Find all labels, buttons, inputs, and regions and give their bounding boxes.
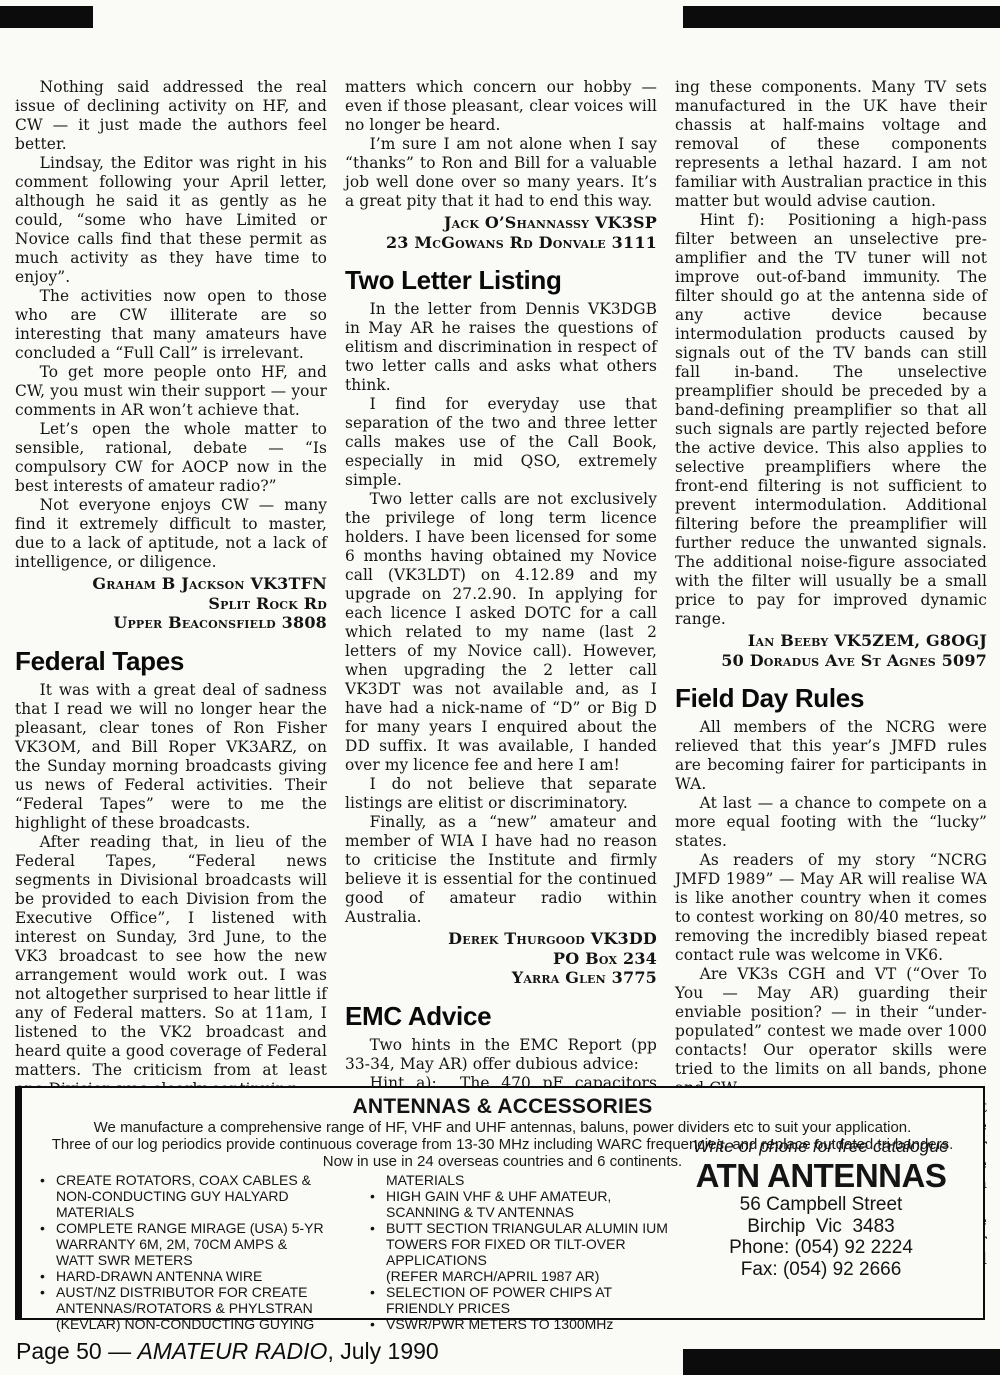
ad-bullet-text: HIGH GAIN VHF & UHF AMATEUR, SCANNING & … bbox=[386, 1188, 611, 1220]
signature-line: Yarra Glen 3775 bbox=[345, 968, 657, 988]
letter-signature: Ian Beeby VK5ZEM, G8OGJ50 Doradus Ave St… bbox=[675, 631, 987, 670]
section-heading: Federal Tapes bbox=[15, 646, 327, 676]
atn-antennas-advertisement: ANTENNAS & ACCESSORIES We manufacture a … bbox=[15, 1086, 985, 1320]
ad-bullet-text: AUST/NZ DISTRIBUTOR FOR CREATE ANTENNAS/… bbox=[56, 1284, 314, 1332]
paragraph: Two hints in the EMC Report (pp 33-34, M… bbox=[345, 1036, 657, 1074]
paragraph: Not everyone enjoys CW — many find it ex… bbox=[15, 496, 327, 572]
ad-contact-block: Write or phone for free catalogue ATN AN… bbox=[673, 1136, 969, 1280]
ad-tagline: Write or phone for free catalogue bbox=[673, 1136, 969, 1156]
footer-page-number: Page 50 — bbox=[16, 1338, 137, 1364]
footer-magazine-title: AMATEUR RADIO bbox=[137, 1338, 327, 1364]
signature-line: Derek Thurgood VK3DD bbox=[345, 929, 657, 949]
page-footer: Page 50 — AMATEUR RADIO, July 1990 bbox=[16, 1338, 439, 1365]
ad-bullet-item: •CREATE ROTATORS, COAX CABLES & NON-COND… bbox=[40, 1172, 370, 1220]
bullet-icon: • bbox=[40, 1284, 56, 1332]
print-registration-bar-bottom-right bbox=[683, 1349, 1000, 1375]
signature-line: Split Rock Rd bbox=[15, 594, 327, 614]
paragraph: After reading that, in lieu of the Feder… bbox=[15, 833, 327, 1099]
bullet-icon: • bbox=[370, 1316, 386, 1332]
letter-signature: Derek Thurgood VK3DDPO Box 234Yarra Glen… bbox=[345, 929, 657, 988]
signature-line: PO Box 234 bbox=[345, 949, 657, 969]
section-heading: Field Day Rules bbox=[675, 683, 987, 713]
ad-bullet-text: VSWR/PWR METERS TO 1300MHz bbox=[386, 1316, 613, 1332]
paragraph: At last — a chance to compete on a more … bbox=[675, 794, 987, 851]
paragraph: All members of the NCRG were relieved th… bbox=[675, 718, 987, 794]
ad-bullet-item: •AUST/NZ DISTRIBUTOR FOR CREATE ANTENNAS… bbox=[40, 1284, 370, 1332]
paragraph: In the letter from Dennis VK3DGB in May … bbox=[345, 300, 657, 395]
paragraph: Two letter calls are not exclusively the… bbox=[345, 490, 657, 775]
ad-bullet-item: •HARD-DRAWN ANTENNA WIRE bbox=[40, 1268, 370, 1284]
ad-bullet-item: •SELECTION OF POWER CHIPS AT FRIENDLY PR… bbox=[370, 1284, 700, 1316]
paragraph: To get more people onto HF, and CW, you … bbox=[15, 363, 327, 420]
section-heading: EMC Advice bbox=[345, 1001, 657, 1031]
signature-line: 50 Doradus Ave St Agnes 5097 bbox=[675, 651, 987, 671]
ad-bullet-text: SELECTION OF POWER CHIPS AT FRIENDLY PRI… bbox=[386, 1284, 612, 1316]
ad-bullet-text: BUTT SECTION TRIANGULAR ALUMIN IUM TOWER… bbox=[386, 1220, 700, 1284]
paragraph: I do not believe that separate listings … bbox=[345, 775, 657, 813]
paragraph: Nothing said addressed the real issue of… bbox=[15, 78, 327, 154]
ad-bullet-list-left: •CREATE ROTATORS, COAX CABLES & NON-COND… bbox=[40, 1172, 370, 1332]
signature-line: Ian Beeby VK5ZEM, G8OGJ bbox=[675, 631, 987, 651]
signature-line: Jack O’Shannassy VK3SP bbox=[345, 213, 657, 233]
paragraph: I’m sure I am not alone when I say “than… bbox=[345, 135, 657, 211]
ad-intro-line-1: We manufacture a comprehensive range of … bbox=[22, 1119, 983, 1136]
ad-bullet-list-middle: MATERIALS •HIGH GAIN VHF & UHF AMATEUR, … bbox=[370, 1172, 700, 1332]
ad-bullet-text: COMPLETE RANGE MIRAGE (USA) 5-YR WARRANT… bbox=[56, 1220, 324, 1268]
paragraph: Finally, as a “new” amateur and member o… bbox=[345, 813, 657, 927]
ad-title: ANTENNAS & ACCESSORIES bbox=[22, 1095, 983, 1119]
section-heading: Two Letter Listing bbox=[345, 265, 657, 295]
ad-bullet-columns: •CREATE ROTATORS, COAX CABLES & NON-COND… bbox=[40, 1172, 700, 1332]
ad-bullet-list-middle-items: •HIGH GAIN VHF & UHF AMATEUR, SCANNING &… bbox=[370, 1188, 700, 1332]
ad-address-street: 56 Campbell Street bbox=[673, 1194, 969, 1216]
signature-line: Upper Beaconsfield 3808 bbox=[15, 613, 327, 633]
paragraph: The activities now open to those who are… bbox=[15, 287, 327, 363]
paragraph: Lindsay, the Editor was right in his com… bbox=[15, 154, 327, 287]
footer-issue-date: , July 1990 bbox=[327, 1338, 438, 1364]
print-registration-bar-top-left bbox=[0, 6, 93, 28]
ad-bullet-item: •HIGH GAIN VHF & UHF AMATEUR, SCANNING &… bbox=[370, 1188, 700, 1220]
ad-bullet-text: HARD-DRAWN ANTENNA WIRE bbox=[56, 1268, 262, 1284]
paragraph: matters which concern our hobby — even i… bbox=[345, 78, 657, 135]
magazine-page: { "page": { "footer": { "prefix": "Page … bbox=[0, 0, 1000, 1375]
ad-bullet-item: •VSWR/PWR METERS TO 1300MHz bbox=[370, 1316, 700, 1332]
bullet-icon: • bbox=[40, 1220, 56, 1268]
bullet-icon: • bbox=[40, 1268, 56, 1284]
bullet-icon: • bbox=[370, 1220, 386, 1284]
bullet-icon: • bbox=[40, 1172, 56, 1220]
ad-bullet-item: •COMPLETE RANGE MIRAGE (USA) 5-YR WARRAN… bbox=[40, 1220, 370, 1268]
paragraph: I find for everyday use that separation … bbox=[345, 395, 657, 490]
paragraph: It was with a great deal of sadness that… bbox=[15, 681, 327, 833]
ad-bullet-item: •BUTT SECTION TRIANGULAR ALUMIN IUM TOWE… bbox=[370, 1220, 700, 1284]
ad-bullet-text: CREATE ROTATORS, COAX CABLES & NON-CONDU… bbox=[56, 1172, 370, 1220]
print-registration-bar-top-right bbox=[683, 6, 1000, 28]
ad-phone: Phone: (054) 92 2224 bbox=[673, 1237, 969, 1259]
bullet-icon: • bbox=[370, 1284, 386, 1316]
bullet-icon: • bbox=[370, 1188, 386, 1220]
paragraph: As readers of my story “NCRG JMFD 1989” … bbox=[675, 851, 987, 965]
paragraph: Are VK3s CGH and VT (“Over To You — May … bbox=[675, 965, 987, 1098]
ad-middle-lead: MATERIALS bbox=[370, 1172, 700, 1188]
letter-signature: Jack O’Shannassy VK3SP23 McGowans Rd Don… bbox=[345, 213, 657, 252]
ad-address-city: Birchip Vic 3483 bbox=[673, 1216, 969, 1238]
signature-line: Graham B Jackson VK3TFN bbox=[15, 574, 327, 594]
letter-signature: Graham B Jackson VK3TFNSplit Rock RdUppe… bbox=[15, 574, 327, 633]
paragraph: Let’s open the whole matter to sensible,… bbox=[15, 420, 327, 496]
ad-fax: Fax: (054) 92 2666 bbox=[673, 1259, 969, 1281]
ad-brand-name: ATN ANTENNAS bbox=[673, 1158, 969, 1194]
paragraph: ing these components. Many TV sets manuf… bbox=[675, 78, 987, 211]
paragraph: Hint f): Positioning a high-pass filter … bbox=[675, 211, 987, 629]
signature-line: 23 McGowans Rd Donvale 3111 bbox=[345, 233, 657, 253]
